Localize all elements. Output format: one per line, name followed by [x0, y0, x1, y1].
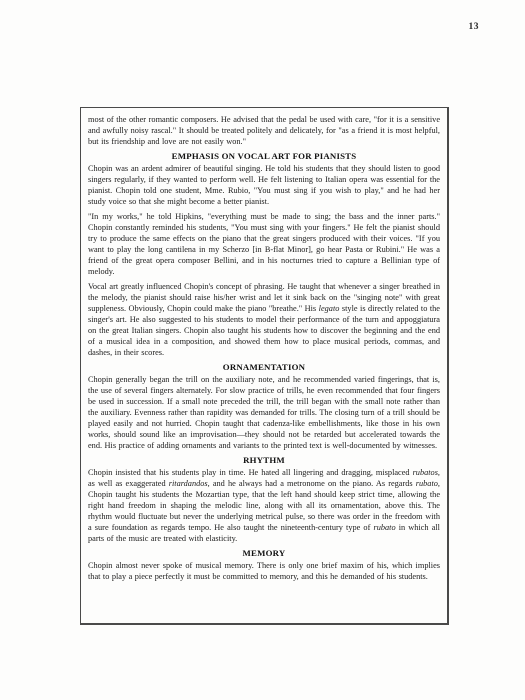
paragraph: Chopin insisted that his students play i…	[88, 467, 440, 544]
section-heading: MEMORY	[88, 548, 440, 559]
section-heading: EMPHASIS ON VOCAL ART FOR PIANISTS	[88, 151, 440, 162]
paragraph: "In my works," he told Hipkins, "everyth…	[88, 211, 440, 277]
section-heading: ORNAMENTATION	[88, 362, 440, 373]
book-page: 13 most of the other romantic composers.…	[0, 0, 525, 700]
section-rhythm: RHYTHM Chopin insisted that his students…	[88, 455, 440, 544]
paragraph: Vocal art greatly influenced Chopin's co…	[88, 281, 440, 358]
text-frame: most of the other romantic composers. He…	[80, 107, 449, 625]
section-memory: MEMORY Chopin almost never spoke of musi…	[88, 548, 440, 582]
paragraph: Chopin was an ardent admirer of beautifu…	[88, 163, 440, 207]
page-number: 13	[469, 22, 480, 32]
section-intro: most of the other romantic composers. He…	[88, 114, 440, 147]
paragraph: Chopin almost never spoke of musical mem…	[88, 560, 440, 582]
paragraph: most of the other romantic composers. He…	[88, 114, 440, 147]
paragraph: Chopin generally began the trill on the …	[88, 374, 440, 451]
section-ornamentation: ORNAMENTATION Chopin generally began the…	[88, 362, 440, 451]
section-vocal-art: EMPHASIS ON VOCAL ART FOR PIANISTS Chopi…	[88, 151, 440, 358]
section-heading: RHYTHM	[88, 455, 440, 466]
